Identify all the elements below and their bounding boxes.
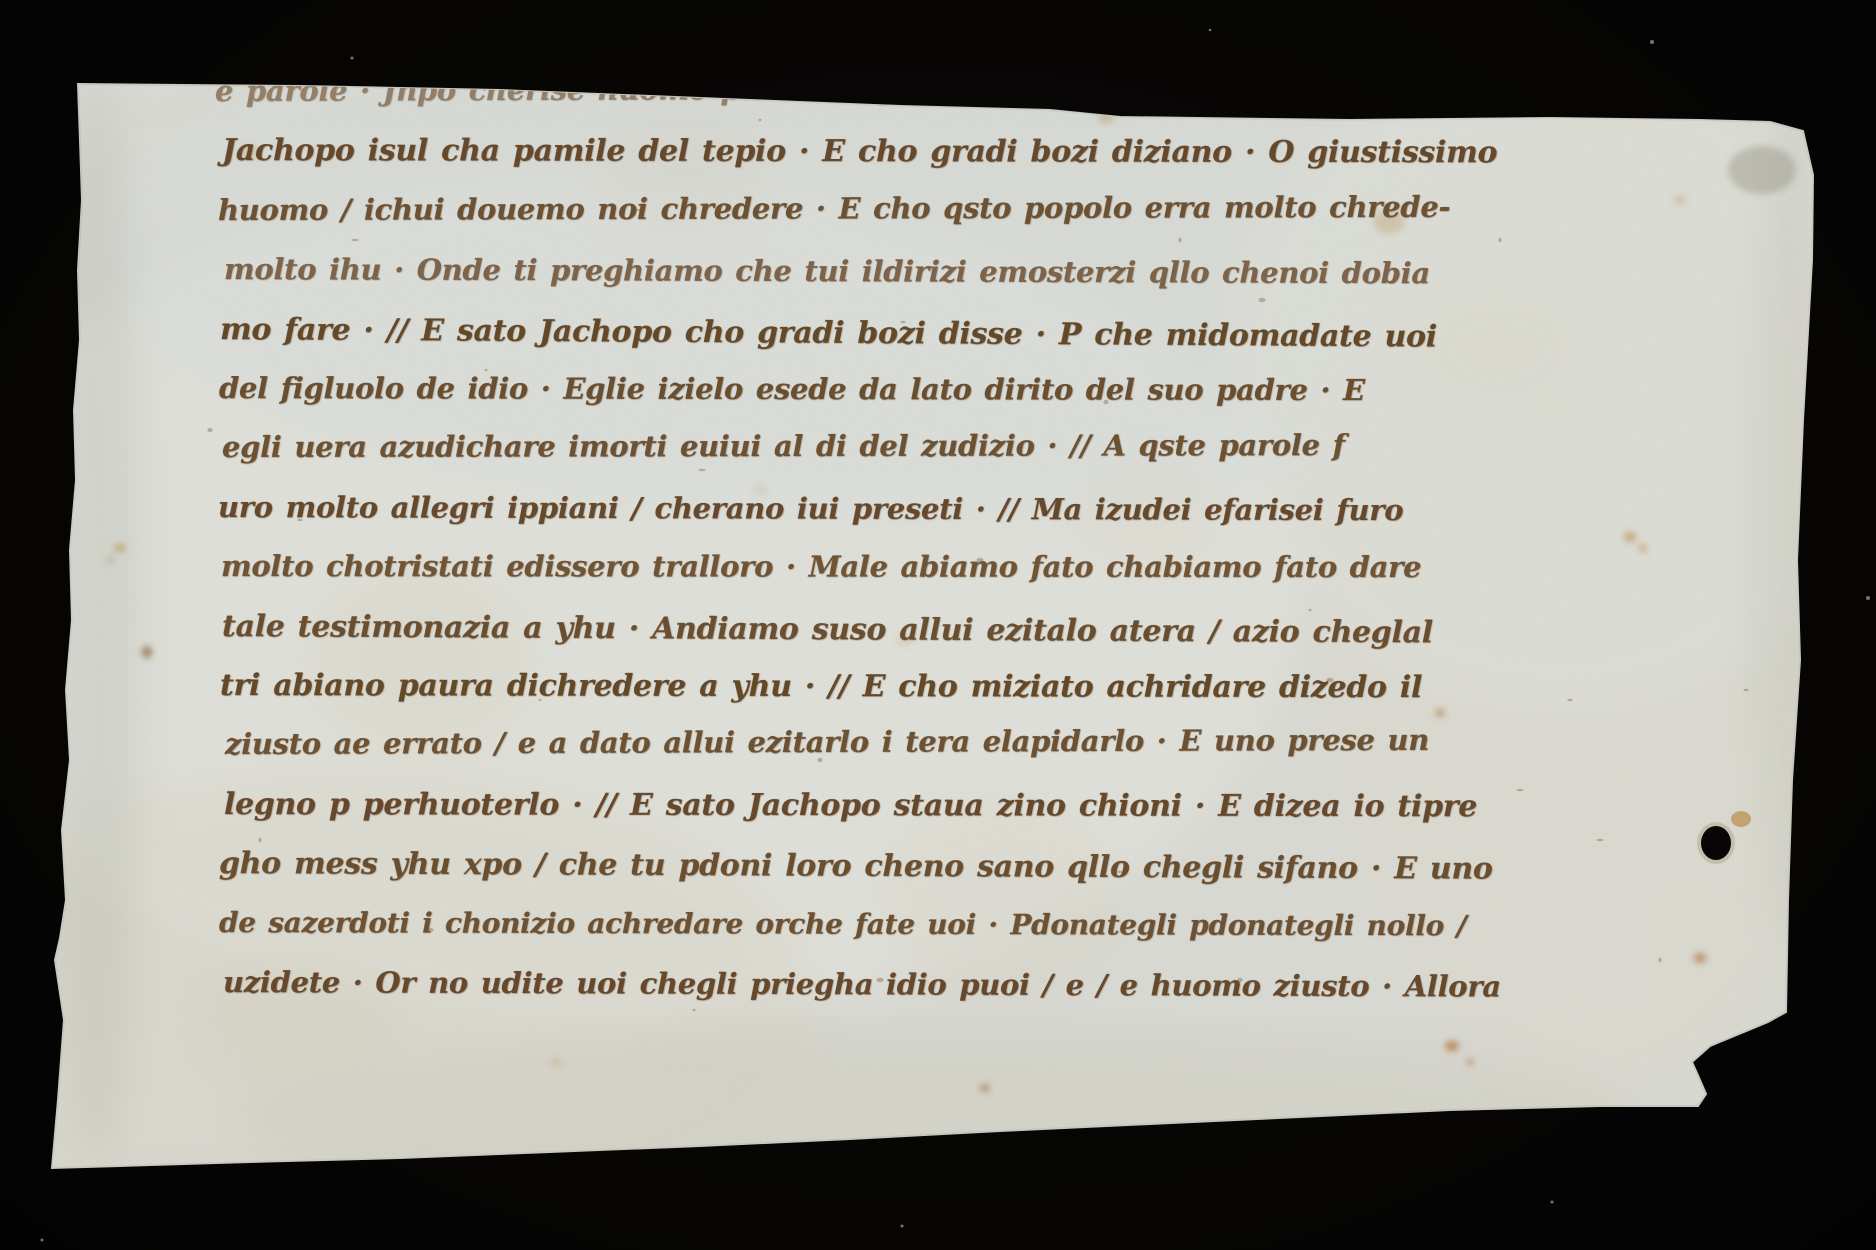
paper-sheet [0,0,1876,1250]
manuscript-leaf [0,0,1876,1250]
corner-smudge [1728,146,1796,194]
photograph-background: e parole · Jnpo cherise huomo piuso · E … [0,0,1876,1250]
